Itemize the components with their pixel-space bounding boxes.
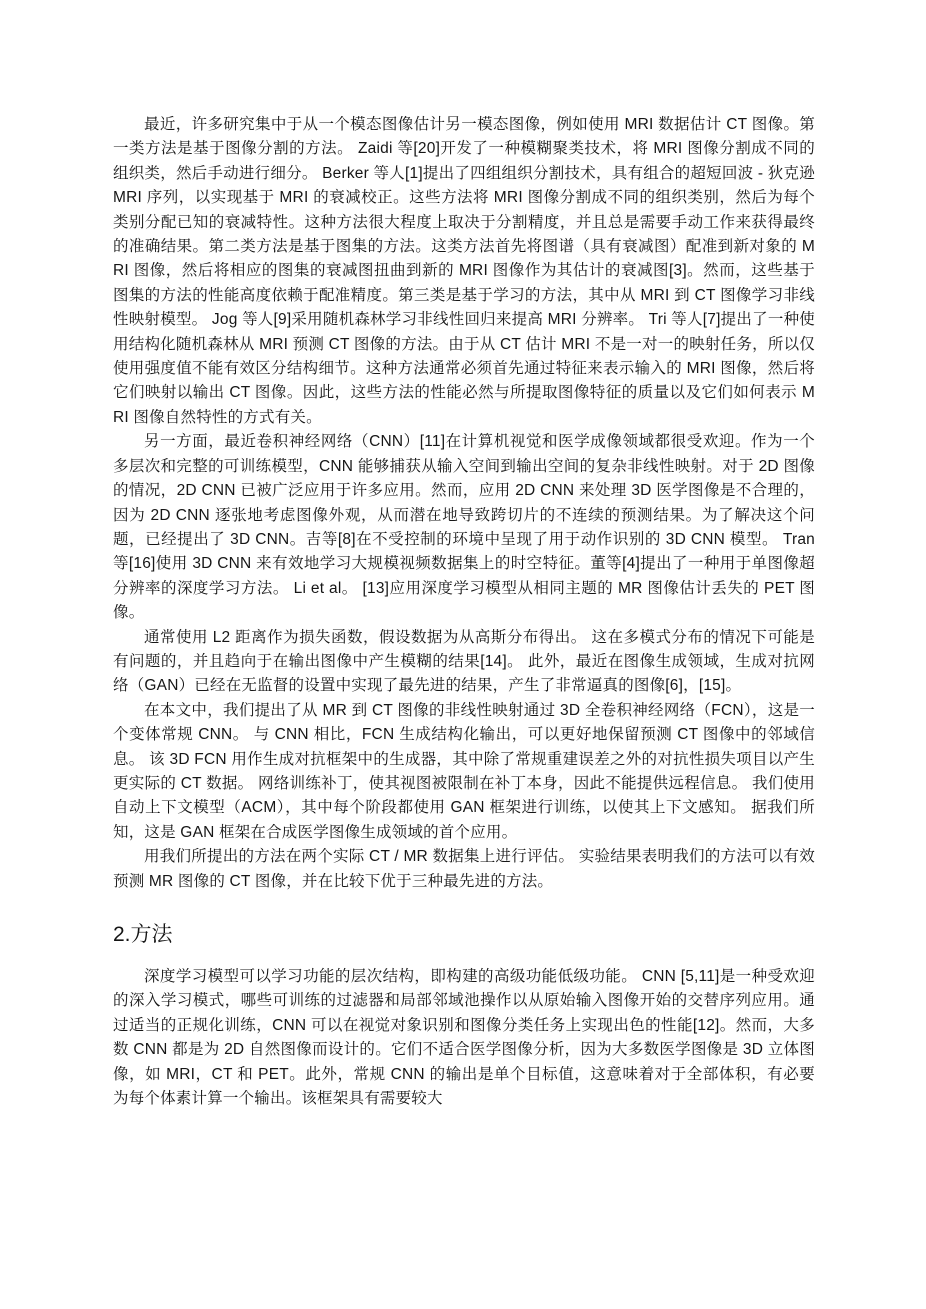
paragraph-related-work-segmentation: 最近，许多研究集中于从一个模态图像估计另一模态图像，例如使用 MRI 数据估计 … bbox=[113, 113, 815, 430]
paragraph-evaluation-summary: 用我们所提出的方法在两个实际 CT / MR 数据集上进行评估。 实验结果表明我… bbox=[113, 845, 815, 894]
paragraph-l2-loss-gan: 通常使用 L2 距离作为损失函数，假设数据为从高斯分布得出。 这在多模式分布的情… bbox=[113, 626, 815, 699]
paragraph-methods-intro: 深度学习模型可以学习功能的层次结构，即构建的高级功能低级功能。 CNN [5,1… bbox=[113, 965, 815, 1111]
intro-section: 最近，许多研究集中于从一个模态图像估计另一模态图像，例如使用 MRI 数据估计 … bbox=[113, 113, 815, 894]
methods-section: 深度学习模型可以学习功能的层次结构，即构建的高级功能低级功能。 CNN [5,1… bbox=[113, 965, 815, 1111]
paragraph-cnn-background: 另一方面，最近卷积神经网络（CNN）[11]在计算机视觉和医学成像领域都很受欢迎… bbox=[113, 430, 815, 625]
paragraph-proposed-method: 在本文中，我们提出了从 MR 到 CT 图像的非线性映射通过 3D 全卷积神经网… bbox=[113, 699, 815, 845]
document-page: 最近，许多研究集中于从一个模态图像估计另一模态图像，例如使用 MRI 数据估计 … bbox=[0, 0, 926, 1309]
section-heading-methods: 2.方法 bbox=[113, 920, 815, 950]
